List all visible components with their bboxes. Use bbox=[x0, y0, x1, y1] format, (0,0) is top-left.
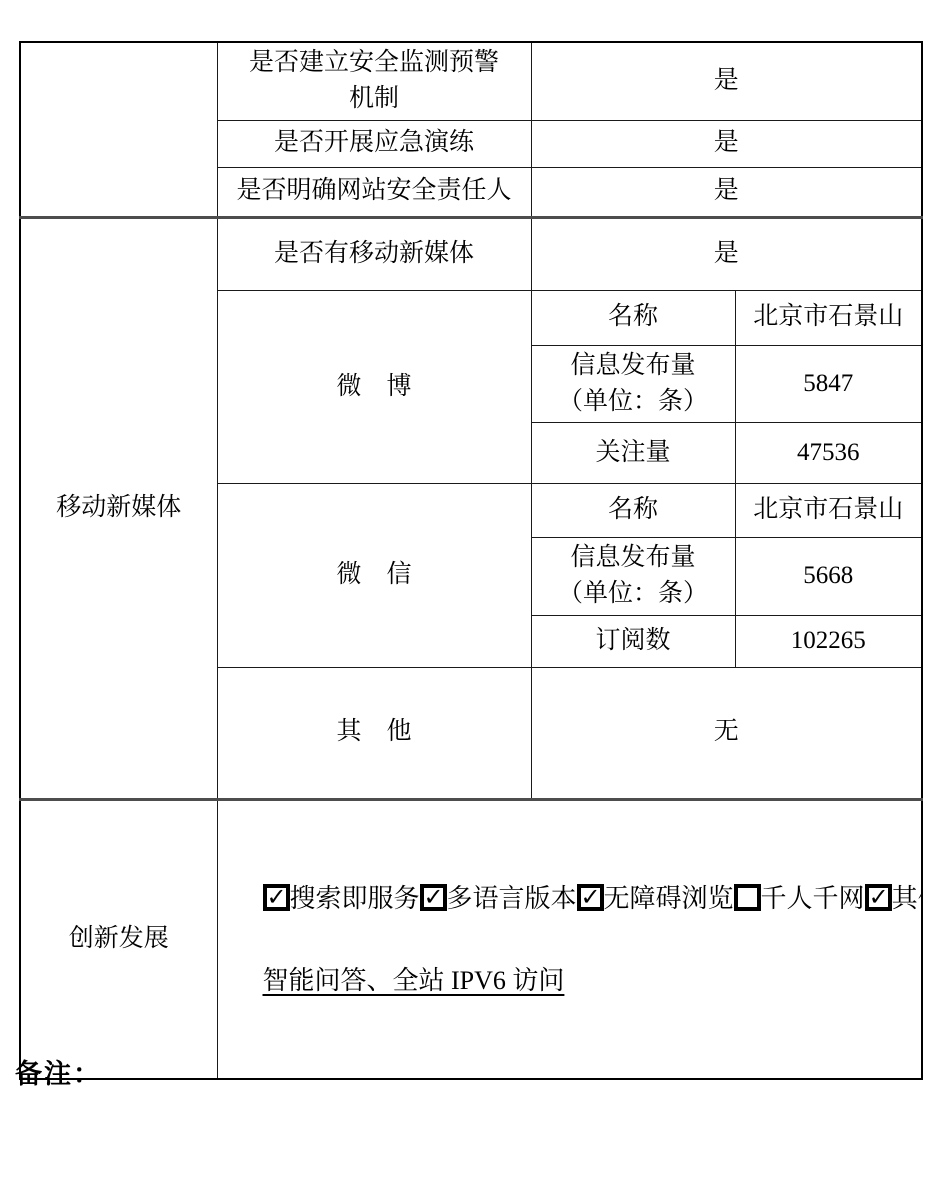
question-label: 是否明确网站安全责任人 bbox=[217, 167, 531, 217]
checkbox-checked-icon[interactable]: ✓ bbox=[577, 884, 604, 911]
field-label: 信息发布量 （单位：条） bbox=[531, 345, 735, 423]
platform-label-weibo: 微 博 bbox=[217, 290, 531, 484]
field-label: 名称 bbox=[531, 290, 735, 345]
innovation-option-label: 搜索即服务 bbox=[290, 884, 420, 913]
innovation-options: ✓搜索即服务✓多语言版本✓无障碍浏览千人千网✓其他 bbox=[263, 878, 918, 919]
innovation-option-label: 千人千网 bbox=[761, 884, 865, 913]
innovation-cell: ✓搜索即服务✓多语言版本✓无障碍浏览千人千网✓其他 智能问答、全站 IPV6 访… bbox=[217, 799, 922, 1079]
empty-section-cell bbox=[20, 42, 217, 217]
field-value: 北京市石景山 bbox=[735, 290, 922, 345]
innovation-option-label: 多语言版本 bbox=[447, 884, 577, 913]
checkbox-checked-icon[interactable]: ✓ bbox=[263, 884, 290, 911]
checkbox-unchecked-icon[interactable] bbox=[734, 884, 761, 911]
field-label: 订阅数 bbox=[531, 615, 735, 667]
answer-value: 是 bbox=[531, 217, 922, 290]
table-row: 是否建立安全监测预警 机制 是 bbox=[20, 42, 922, 120]
platform-label-wechat: 微 信 bbox=[217, 484, 531, 668]
remark-label: 备注： bbox=[15, 1052, 102, 1091]
report-page: 是否建立安全监测预警 机制 是 是否开展应急演练 是 是否明确网站安全责任人 是… bbox=[0, 0, 938, 1180]
field-value: 47536 bbox=[735, 423, 922, 484]
answer-value: 是 bbox=[531, 120, 922, 167]
checkbox-checked-icon[interactable]: ✓ bbox=[420, 884, 447, 911]
answer-value: 是 bbox=[531, 42, 922, 120]
field-label: 名称 bbox=[531, 484, 735, 538]
section-label-innovation: 创新发展 bbox=[20, 799, 217, 1079]
innovation-option-label: 其他 bbox=[892, 884, 922, 913]
answer-value: 是 bbox=[531, 167, 922, 217]
innovation-option-label: 无障碍浏览 bbox=[604, 884, 734, 913]
field-value: 5668 bbox=[735, 538, 922, 616]
section-label-mobile-media: 移动新媒体 bbox=[20, 217, 217, 799]
annual-report-table: 是否建立安全监测预警 机制 是 是否开展应急演练 是 是否明确网站安全责任人 是… bbox=[19, 41, 923, 1080]
field-value: 5847 bbox=[735, 345, 922, 423]
table-row: 创新发展 ✓搜索即服务✓多语言版本✓无障碍浏览千人千网✓其他 智能问答、全站 I… bbox=[20, 799, 922, 1079]
innovation-content: ✓搜索即服务✓多语言版本✓无障碍浏览千人千网✓其他 智能问答、全站 IPV6 访… bbox=[218, 837, 922, 1042]
field-value: 北京市石景山 bbox=[735, 484, 922, 538]
question-label: 是否建立安全监测预警 机制 bbox=[217, 42, 531, 120]
field-value: 无 bbox=[531, 667, 922, 799]
question-label: 是否有移动新媒体 bbox=[217, 217, 531, 290]
checkbox-checked-icon[interactable]: ✓ bbox=[865, 884, 892, 911]
field-label: 信息发布量 （单位：条） bbox=[531, 538, 735, 616]
innovation-other-detail: 智能问答、全站 IPV6 访问 bbox=[263, 960, 918, 1001]
field-value: 102265 bbox=[735, 615, 922, 667]
platform-label-other: 其 他 bbox=[217, 667, 531, 799]
table-row: 移动新媒体 是否有移动新媒体 是 bbox=[20, 217, 922, 290]
field-label: 关注量 bbox=[531, 423, 735, 484]
question-label: 是否开展应急演练 bbox=[217, 120, 531, 167]
